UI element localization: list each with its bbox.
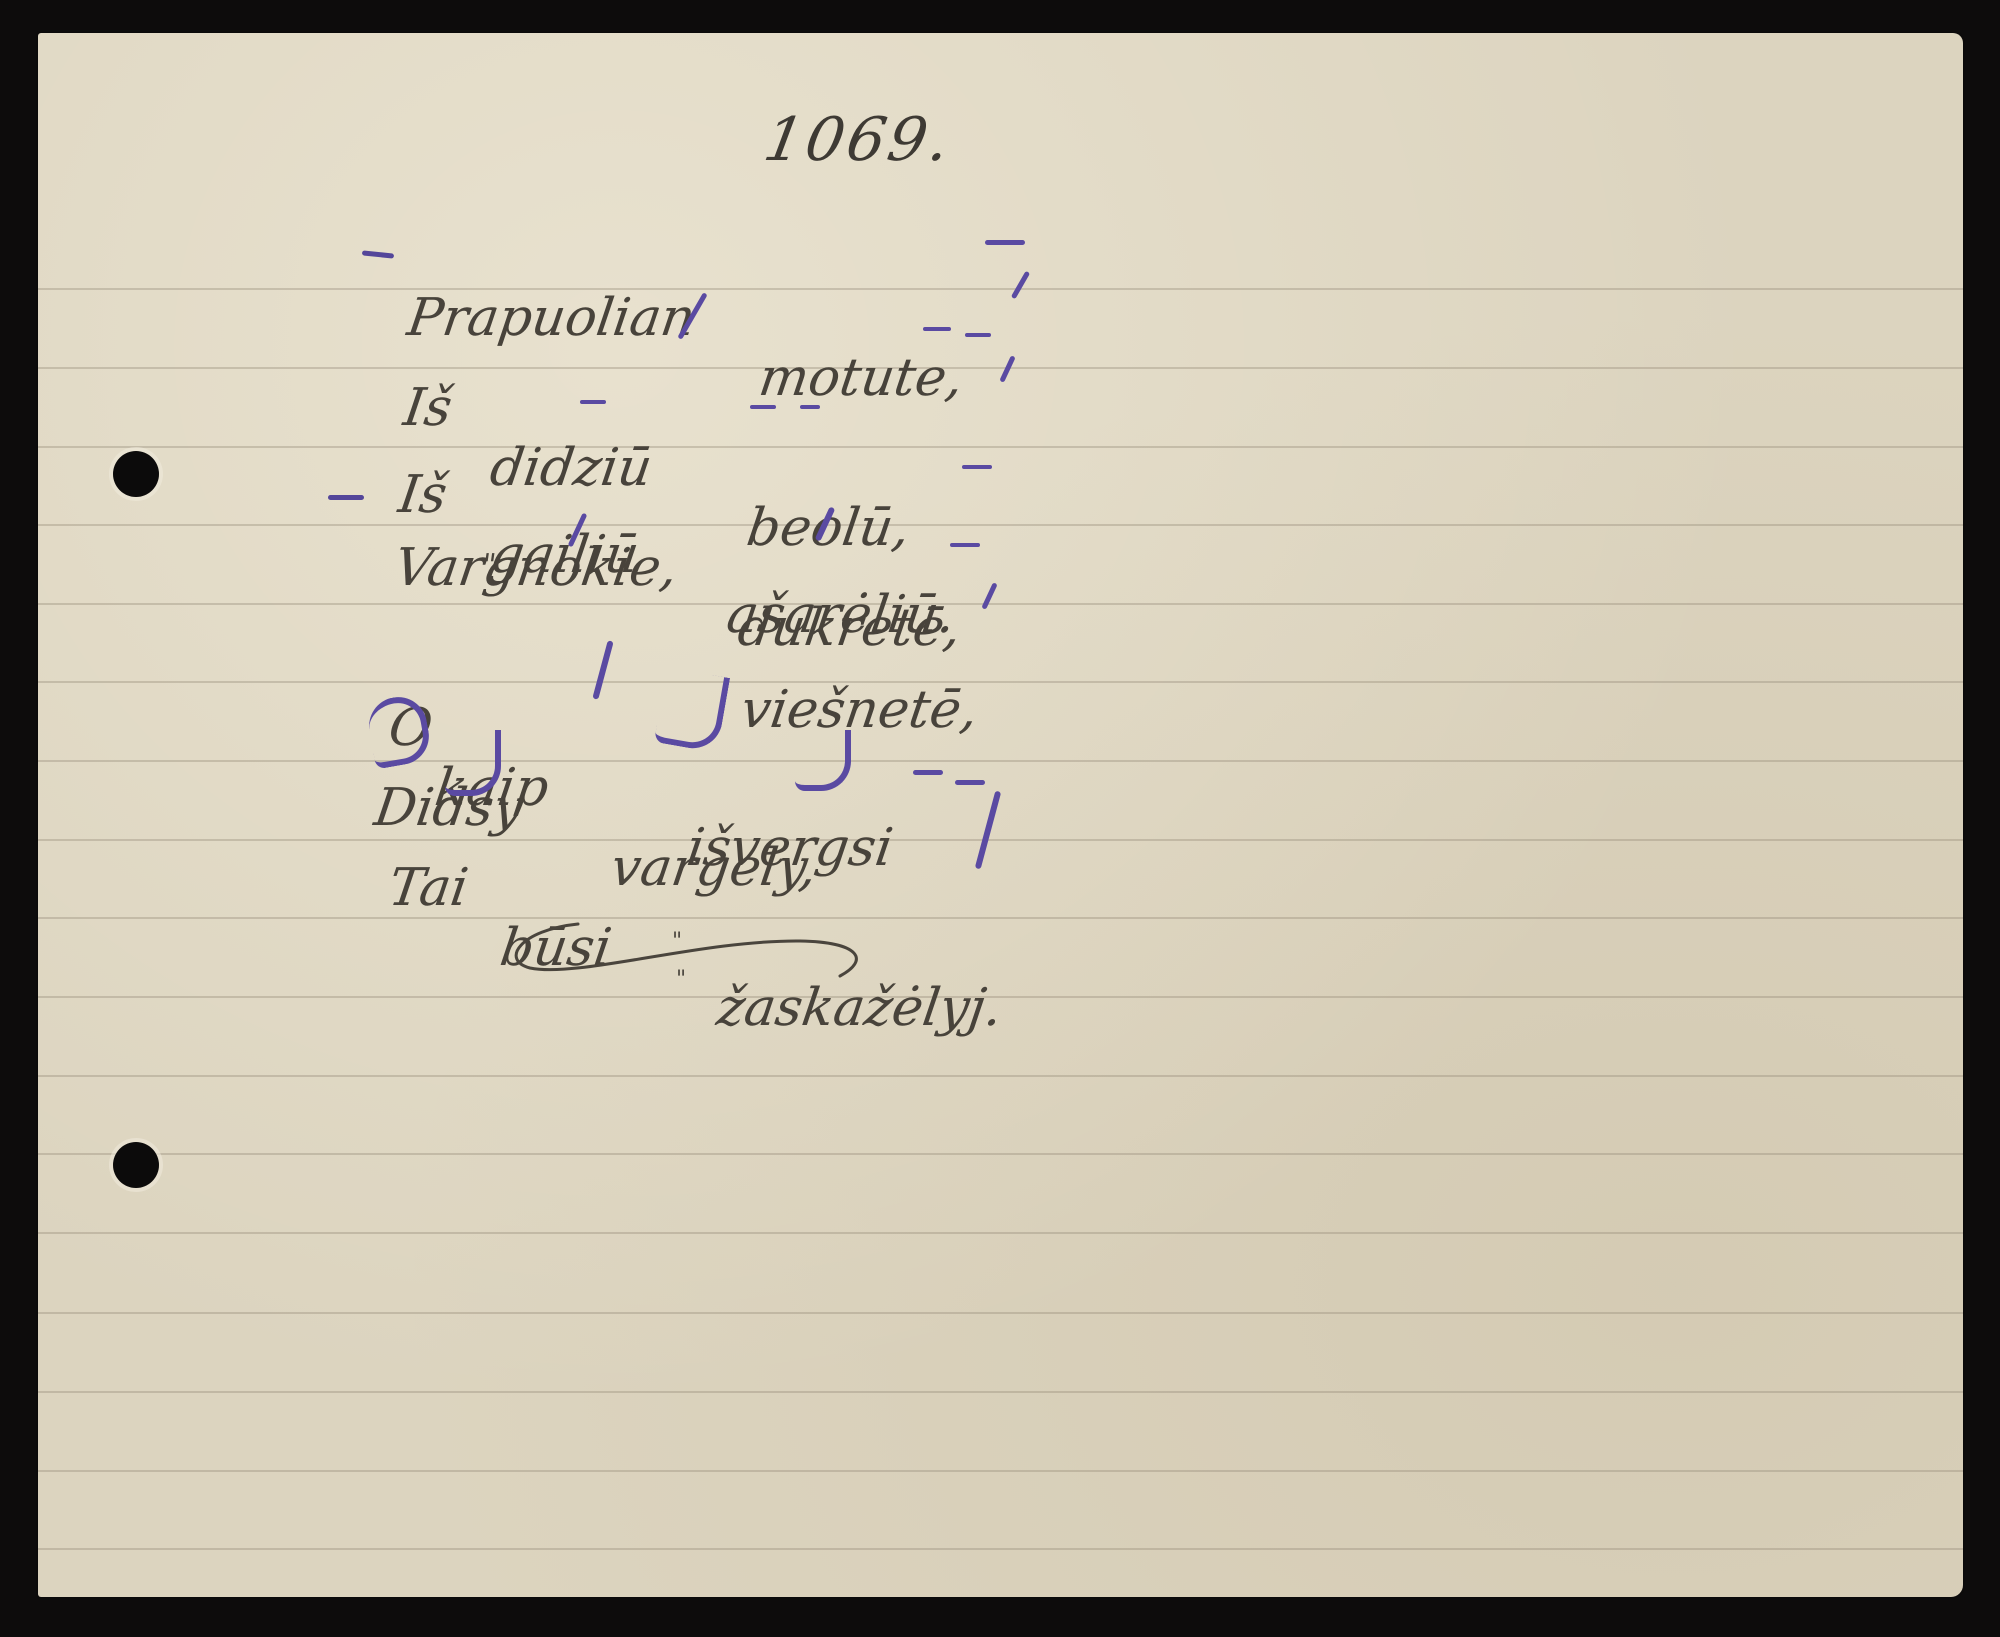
correction-stroke (800, 405, 820, 409)
correction-stroke (923, 327, 951, 331)
ruled-line (38, 446, 1963, 448)
verse-word: didziū (487, 438, 656, 498)
punch-hole-bottom (113, 1142, 159, 1188)
ruled-line (38, 1391, 1963, 1393)
punch-hole-top (113, 451, 159, 497)
correction-stroke (965, 333, 991, 337)
ruled-line (38, 1312, 1963, 1314)
verse-word: viešnetē, (737, 680, 981, 740)
ruled-line (38, 760, 1963, 762)
line-marker-dash (328, 495, 364, 500)
ruled-line (38, 1232, 1963, 1234)
correction-stroke (580, 400, 606, 404)
correction-stroke (913, 770, 943, 775)
correction-stroke (950, 543, 980, 547)
correction-stroke (750, 405, 776, 409)
ruled-line (38, 603, 1963, 605)
ruled-line (38, 917, 1963, 919)
ruled-line (38, 1153, 1963, 1155)
ruled-line (38, 839, 1963, 841)
verse-word: vargely, (607, 838, 820, 898)
ruled-line (38, 1075, 1963, 1077)
closing-flourish: " " (500, 900, 860, 1010)
correction-stroke (962, 465, 992, 469)
ruled-line (38, 1548, 1963, 1550)
ruled-line (38, 681, 1963, 683)
ruled-line (38, 524, 1963, 526)
page-number: 1069. (759, 105, 958, 175)
verse-word: dukretē, (734, 598, 965, 658)
ruled-line (38, 367, 1963, 369)
correction-stroke (985, 240, 1025, 245)
ruled-line (38, 288, 1963, 290)
svg-text:": " (672, 929, 682, 954)
correction-stroke (955, 780, 985, 785)
verse-word: Vargnokie, (391, 538, 682, 598)
manuscript-paper (38, 33, 1963, 1597)
verse-word: motute, (755, 348, 967, 408)
correction-loop (445, 730, 501, 796)
verse-word: Tai (385, 858, 472, 918)
svg-text:": " (676, 967, 686, 992)
ruled-line (38, 1470, 1963, 1472)
